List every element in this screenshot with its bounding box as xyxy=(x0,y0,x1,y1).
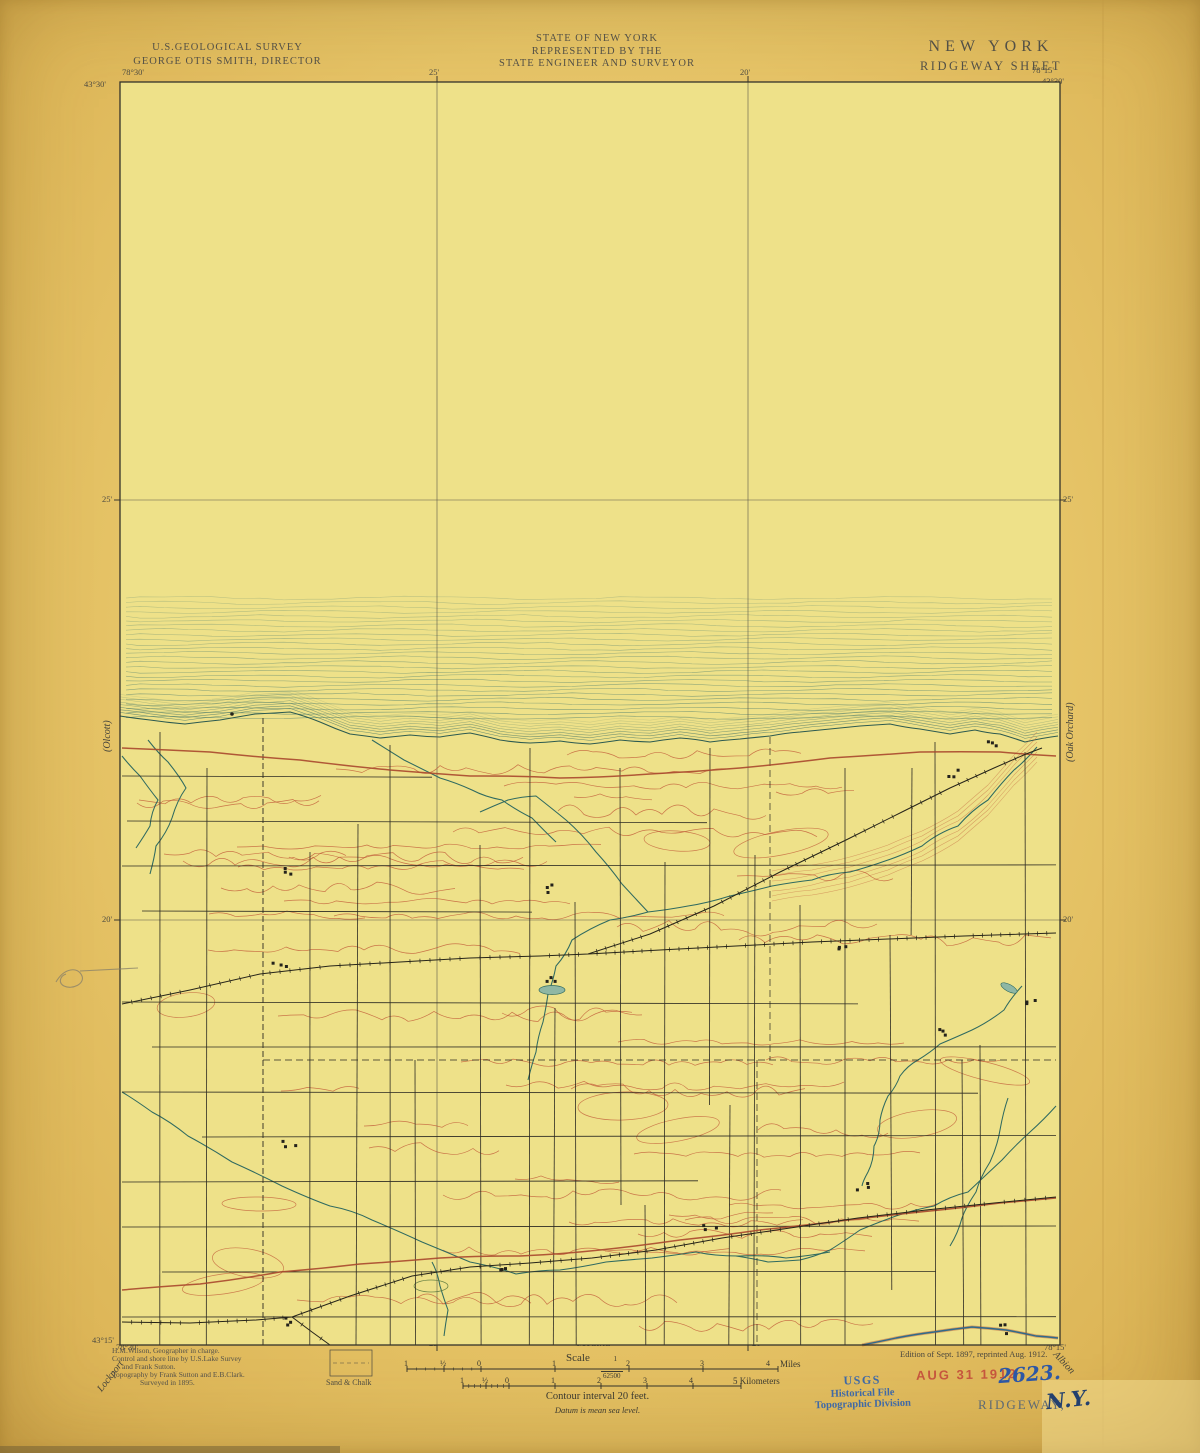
legend-caption: Sand & Chalk xyxy=(326,1379,371,1387)
scale-fraction: 1 62500 xyxy=(601,1347,623,1396)
state-line2: REPRESENTED BY THE xyxy=(478,46,716,59)
agency-header: U.S.GEOLOGICAL SURVEY GEORGE OTIS SMITH,… xyxy=(120,42,335,67)
scale-word: Scale xyxy=(566,1353,590,1364)
state-line3: STATE ENGINEER AND SURVEYOR xyxy=(478,58,716,71)
usgs-office-stamp: USGS Historical File Topographic Divisio… xyxy=(800,1371,926,1411)
handwritten-accession-number: 2623. xyxy=(997,1360,1061,1388)
scale-numerator: 1 xyxy=(614,1355,618,1363)
handwritten-state-abbr: N.Y. xyxy=(1045,1385,1092,1415)
contour-interval-note: Contour interval 20 feet. xyxy=(505,1392,690,1403)
scale-denominator: 62500 xyxy=(601,1371,623,1380)
sheet-title-name: RIDGEWAY SHEET xyxy=(885,59,1097,74)
sheet-title: NEW YORK RIDGEWAY SHEET xyxy=(885,38,1097,74)
agency-line1: U.S.GEOLOGICAL SURVEY xyxy=(120,42,335,53)
state-header: STATE OF NEW YORK REPRESENTED BY THE STA… xyxy=(478,33,716,71)
state-line1: STATE OF NEW YORK xyxy=(478,33,716,46)
agency-line2: GEORGE OTIS SMITH, DIRECTOR xyxy=(120,56,335,67)
edition-note: Edition of Sept. 1897, reprinted Aug. 19… xyxy=(900,1350,1047,1359)
sheet-title-state: NEW YORK xyxy=(885,38,1097,56)
map-sheet: U.S.GEOLOGICAL SURVEY GEORGE OTIS SMITH,… xyxy=(0,0,1200,1453)
map-artwork xyxy=(0,0,1200,1453)
datum-note: Datum is mean sea level. xyxy=(505,1406,690,1415)
